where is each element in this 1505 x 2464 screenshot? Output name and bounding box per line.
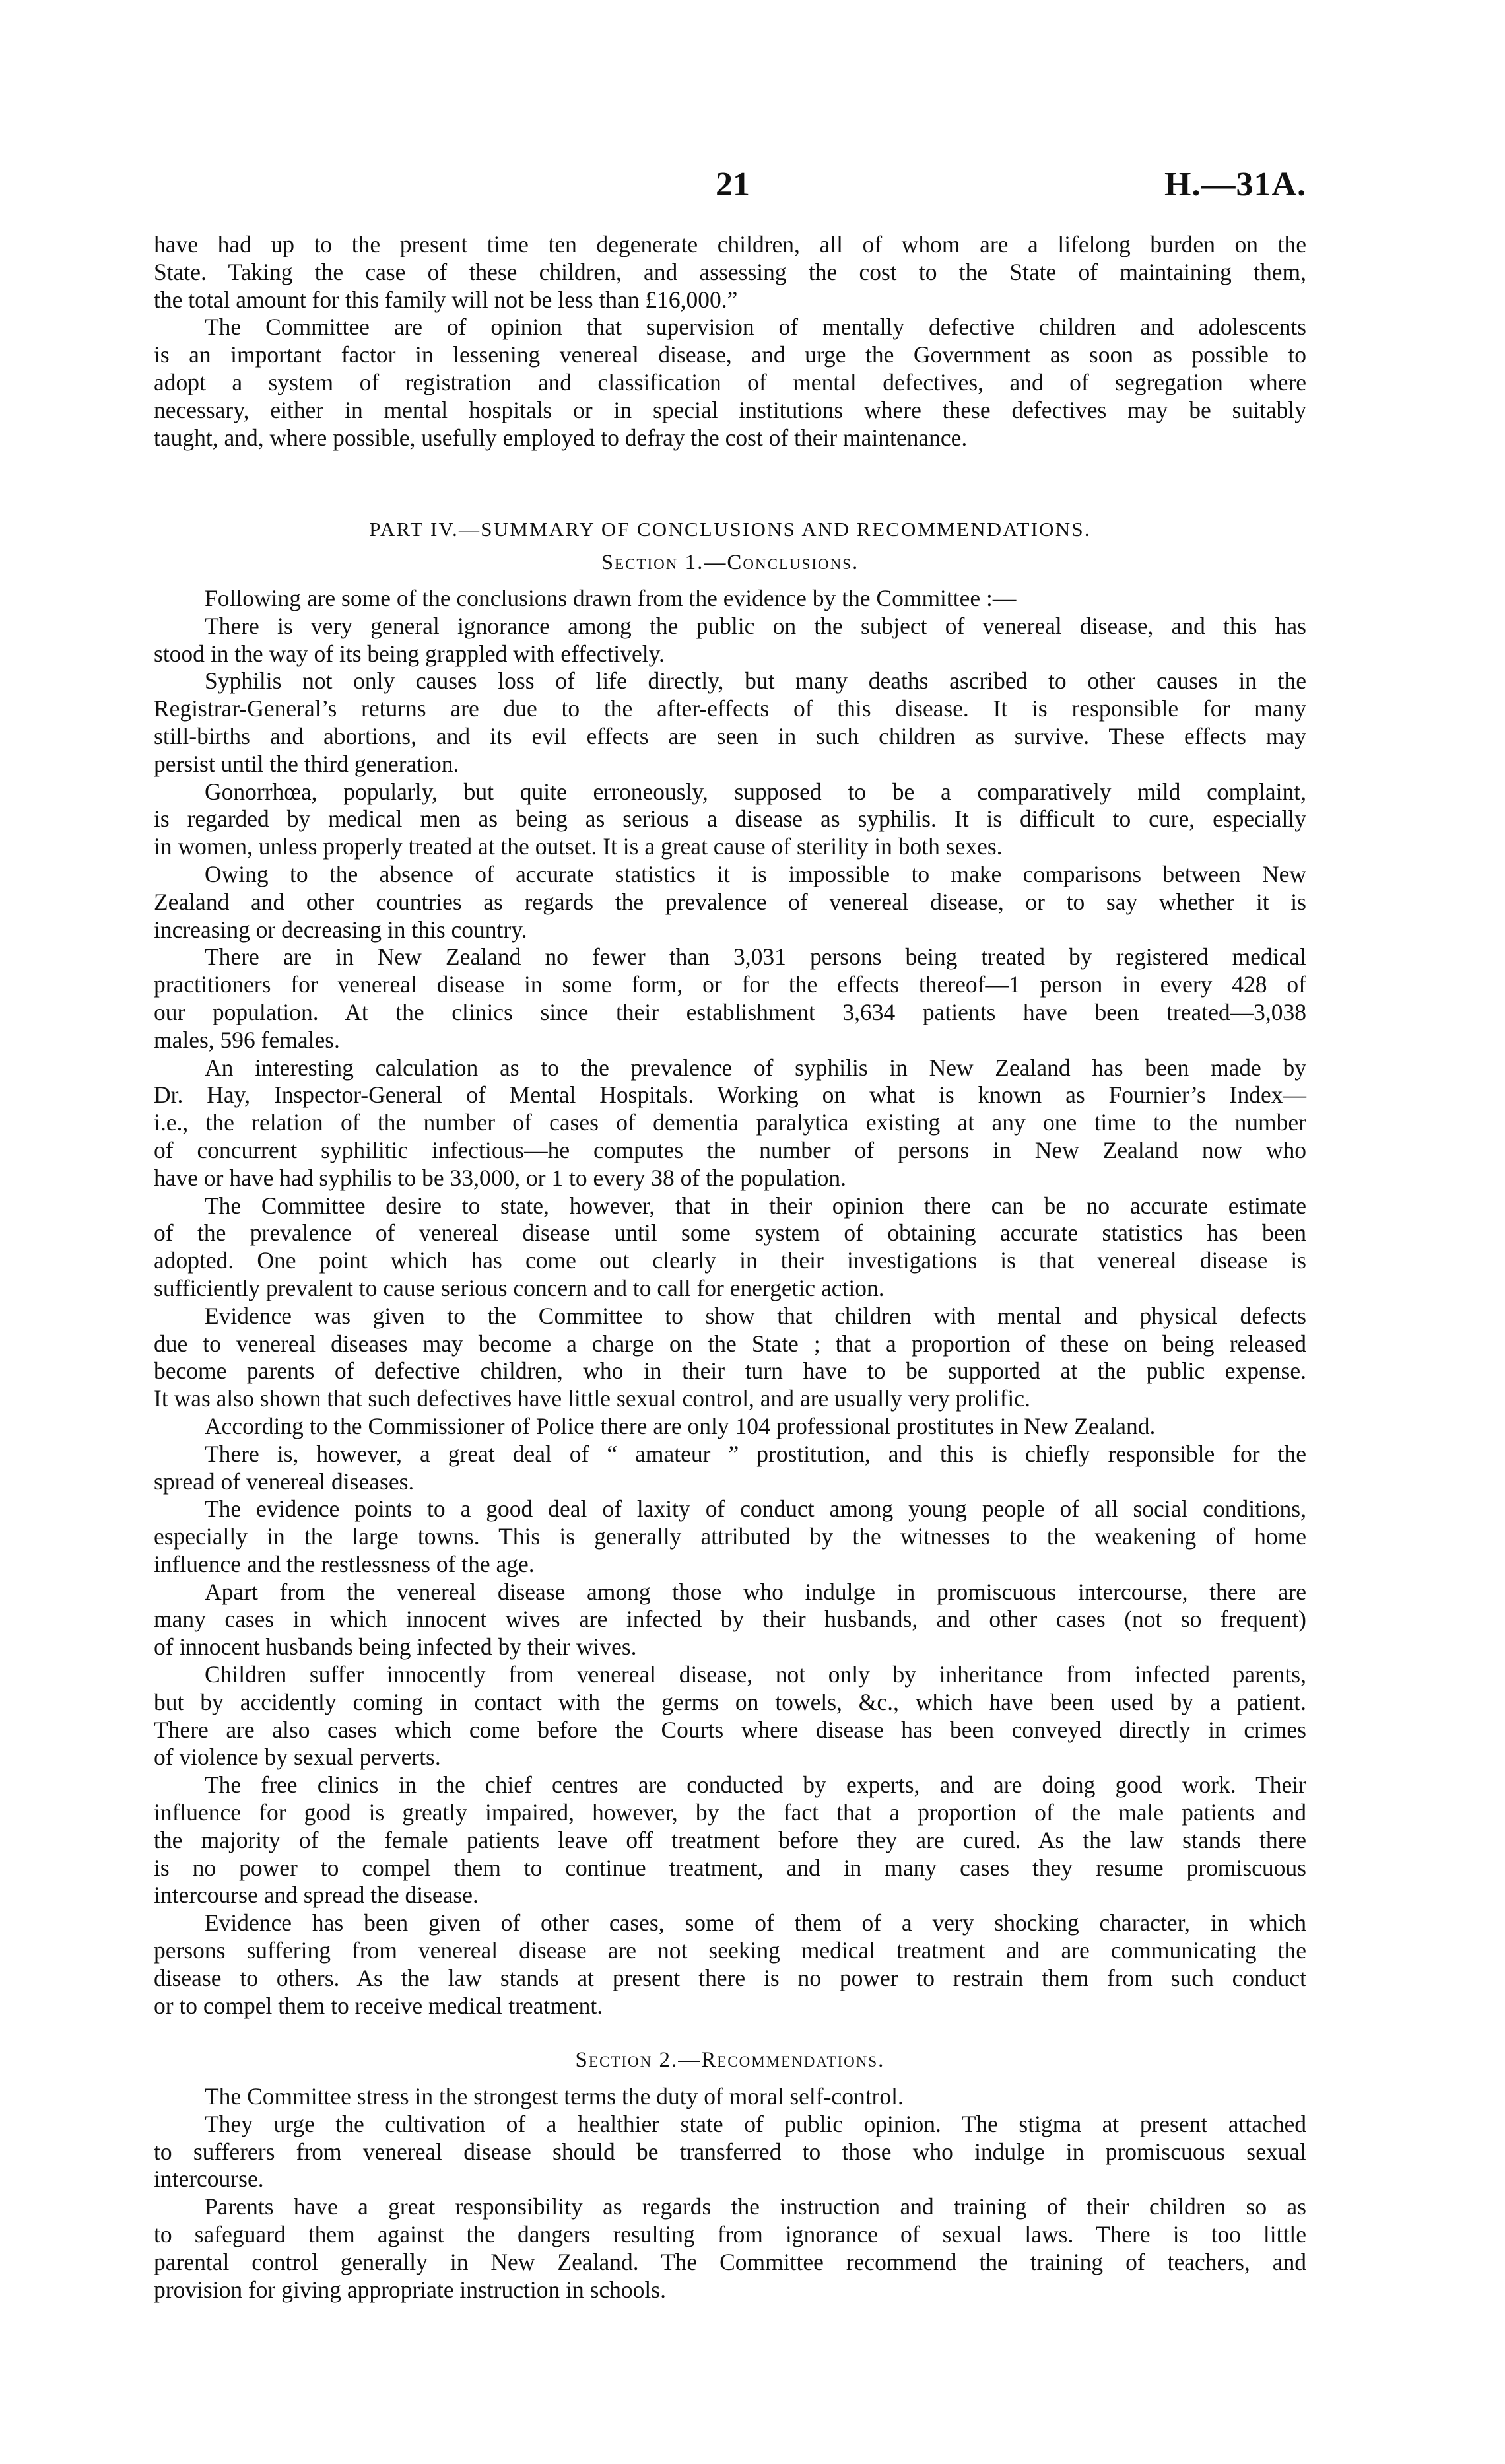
paragraph: Gonorrhœa, popularly, but quite erroneou… xyxy=(154,778,1306,861)
intro-text: have had up to the present time ten dege… xyxy=(154,231,1306,452)
text-line: to sufferers from venereal disease shoul… xyxy=(154,2139,1306,2166)
text-line: influence and the restlessness of the ag… xyxy=(154,1551,1306,1579)
text-line: adopted. One point which has come out cl… xyxy=(154,1247,1306,1275)
text-line: due to venereal diseases may become a ch… xyxy=(154,1330,1306,1358)
text-line: especially in the large towns. This is g… xyxy=(154,1523,1306,1551)
text-line: Children suffer innocently from venereal… xyxy=(154,1661,1306,1689)
paragraph: They urge the cultivation of a healthier… xyxy=(154,2111,1306,2193)
text-line: practitioners for venereal disease in so… xyxy=(154,971,1306,999)
paragraph: The free clinics in the chief centres ar… xyxy=(154,1771,1306,1909)
text-line: of violence by sexual perverts. xyxy=(154,1744,1306,1771)
paragraph: An interesting calculation as to the pre… xyxy=(154,1054,1306,1192)
text-line: Zealand and other countries as regards t… xyxy=(154,889,1306,916)
page-header: 21 H.—31A. xyxy=(0,164,1505,206)
text-line: Syphilis not only causes loss of life di… xyxy=(154,667,1306,695)
paragraph: The Committee stress in the strongest te… xyxy=(154,2083,1306,2111)
paragraph: Children suffer innocently from venereal… xyxy=(154,1661,1306,1771)
document-reference: H.—31A. xyxy=(1164,164,1306,206)
text-line: but by accidently coming in contact with… xyxy=(154,1689,1306,1717)
paragraph: Apart from the venereal disease among th… xyxy=(154,1579,1306,1661)
section-2-heading: Section 2.—Recommendations. xyxy=(154,2047,1306,2073)
paragraph: Owing to the absence of accurate statist… xyxy=(154,861,1306,943)
text-line: is no power to compel them to continue t… xyxy=(154,1855,1306,1882)
paragraph: The Committee desire to state, however, … xyxy=(154,1192,1306,1303)
text-line: They urge the cultivation of a healthier… xyxy=(154,2111,1306,2139)
recommendations-text: The Committee stress in the strongest te… xyxy=(154,2083,1306,2304)
text-line: intercourse and spread the disease. xyxy=(154,1882,1306,1909)
text-line: of innocent husbands being infected by t… xyxy=(154,1633,1306,1661)
text-line: State. Taking the case of these children… xyxy=(154,259,1306,287)
paragraph: Following are some of the conclusions dr… xyxy=(154,585,1306,613)
text-line: intercourse. xyxy=(154,2166,1306,2193)
text-line: taught, and, where possible, usefully em… xyxy=(154,425,1306,452)
text-line: Evidence has been given of other cases, … xyxy=(154,1909,1306,1937)
text-line: still-births and abortions, and its evil… xyxy=(154,723,1306,751)
text-line: males, 596 females. xyxy=(154,1027,1306,1054)
text-line: influence for good is greatly impaired, … xyxy=(154,1799,1306,1827)
text-line: The Committee desire to state, however, … xyxy=(154,1192,1306,1220)
paragraph: Parents have a great responsibility as r… xyxy=(154,2193,1306,2304)
text-line: our population. At the clinics since the… xyxy=(154,999,1306,1027)
text-line: An interesting calculation as to the pre… xyxy=(154,1054,1306,1082)
paragraph: Evidence has been given of other cases, … xyxy=(154,1909,1306,2020)
conclusions-text: Following are some of the conclusions dr… xyxy=(154,585,1306,2020)
paragraph: have had up to the present time ten dege… xyxy=(154,231,1306,314)
text-line: The evidence points to a good deal of la… xyxy=(154,1495,1306,1523)
text-line: Owing to the absence of accurate statist… xyxy=(154,861,1306,889)
text-line: have or have had syphilis to be 33,000, … xyxy=(154,1165,1306,1192)
text-line: sufficiently prevalent to cause serious … xyxy=(154,1275,1306,1303)
text-line: persist until the third generation. xyxy=(154,751,1306,778)
text-line: have had up to the present time ten dege… xyxy=(154,231,1306,259)
text-line: stood in the way of its being grappled w… xyxy=(154,640,1306,668)
text-line: is an important factor in lessening vene… xyxy=(154,341,1306,369)
text-line: many cases in which innocent wives are i… xyxy=(154,1606,1306,1633)
part-heading: PART IV.—SUMMARY OF CONCLUSIONS AND RECO… xyxy=(154,516,1306,543)
text-line: Gonorrhœa, popularly, but quite erroneou… xyxy=(154,778,1306,806)
paragraph: There is, however, a great deal of “ ama… xyxy=(154,1441,1306,1496)
text-line: Registrar-General’s returns are due to t… xyxy=(154,695,1306,723)
text-line: or to compel them to receive medical tre… xyxy=(154,1993,1306,2020)
text-line: There is, however, a great deal of “ ama… xyxy=(154,1441,1306,1468)
text-line: There are in New Zealand no fewer than 3… xyxy=(154,943,1306,971)
text-line: persons suffering from venereal disease … xyxy=(154,1937,1306,1965)
text-line: provision for giving appropriate instruc… xyxy=(154,2276,1306,2304)
text-line: is regarded by medical men as being as s… xyxy=(154,805,1306,833)
paragraph: The evidence points to a good deal of la… xyxy=(154,1495,1306,1578)
text-line: the total amount for this family will no… xyxy=(154,287,1306,314)
paragraph: According to the Commissioner of Police … xyxy=(154,1413,1306,1441)
text-line: The Committee stress in the strongest te… xyxy=(154,2083,1306,2111)
text-line: parental control generally in New Zealan… xyxy=(154,2249,1306,2276)
text-line: spread of venereal diseases. xyxy=(154,1468,1306,1496)
text-line: become parents of defective children, wh… xyxy=(154,1357,1306,1385)
paragraph: There are in New Zealand no fewer than 3… xyxy=(154,943,1306,1054)
text-line: necessary, either in mental hospitals or… xyxy=(154,397,1306,425)
text-line: Dr. Hay, Inspector-General of Mental Hos… xyxy=(154,1081,1306,1109)
text-line: to safeguard them against the dangers re… xyxy=(154,2221,1306,2249)
paragraph: The Committee are of opinion that superv… xyxy=(154,314,1306,452)
text-line: of the prevalence of venereal disease un… xyxy=(154,1219,1306,1247)
text-line: adopt a system of registration and class… xyxy=(154,369,1306,397)
text-line: disease to others. As the law stands at … xyxy=(154,1965,1306,1993)
text-line: There is very general ignorance among th… xyxy=(154,613,1306,640)
paragraph: There is very general ignorance among th… xyxy=(154,613,1306,668)
page-number: 21 xyxy=(716,164,750,206)
text-line: of concurrent syphilitic infectious—he c… xyxy=(154,1137,1306,1165)
text-line: i.e., the relation of the number of case… xyxy=(154,1109,1306,1137)
text-line: Parents have a great responsibility as r… xyxy=(154,2193,1306,2221)
text-line: the majority of the female patients leav… xyxy=(154,1827,1306,1855)
text-line: Apart from the venereal disease among th… xyxy=(154,1579,1306,1606)
text-line: in women, unless properly treated at the… xyxy=(154,833,1306,861)
text-line: It was also shown that such defectives h… xyxy=(154,1385,1306,1413)
text-line: The Committee are of opinion that superv… xyxy=(154,314,1306,341)
text-line: Following are some of the conclusions dr… xyxy=(154,585,1306,613)
paragraph: Syphilis not only causes loss of life di… xyxy=(154,667,1306,778)
text-line: Evidence was given to the Committee to s… xyxy=(154,1303,1306,1330)
paragraph: Evidence was given to the Committee to s… xyxy=(154,1303,1306,1413)
text-line: According to the Commissioner of Police … xyxy=(154,1413,1306,1441)
text-line: There are also cases which come before t… xyxy=(154,1717,1306,1744)
section-1-heading: Section 1.—Conclusions. xyxy=(154,549,1306,576)
text-line: The free clinics in the chief centres ar… xyxy=(154,1771,1306,1799)
text-line: increasing or decreasing in this country… xyxy=(154,916,1306,944)
